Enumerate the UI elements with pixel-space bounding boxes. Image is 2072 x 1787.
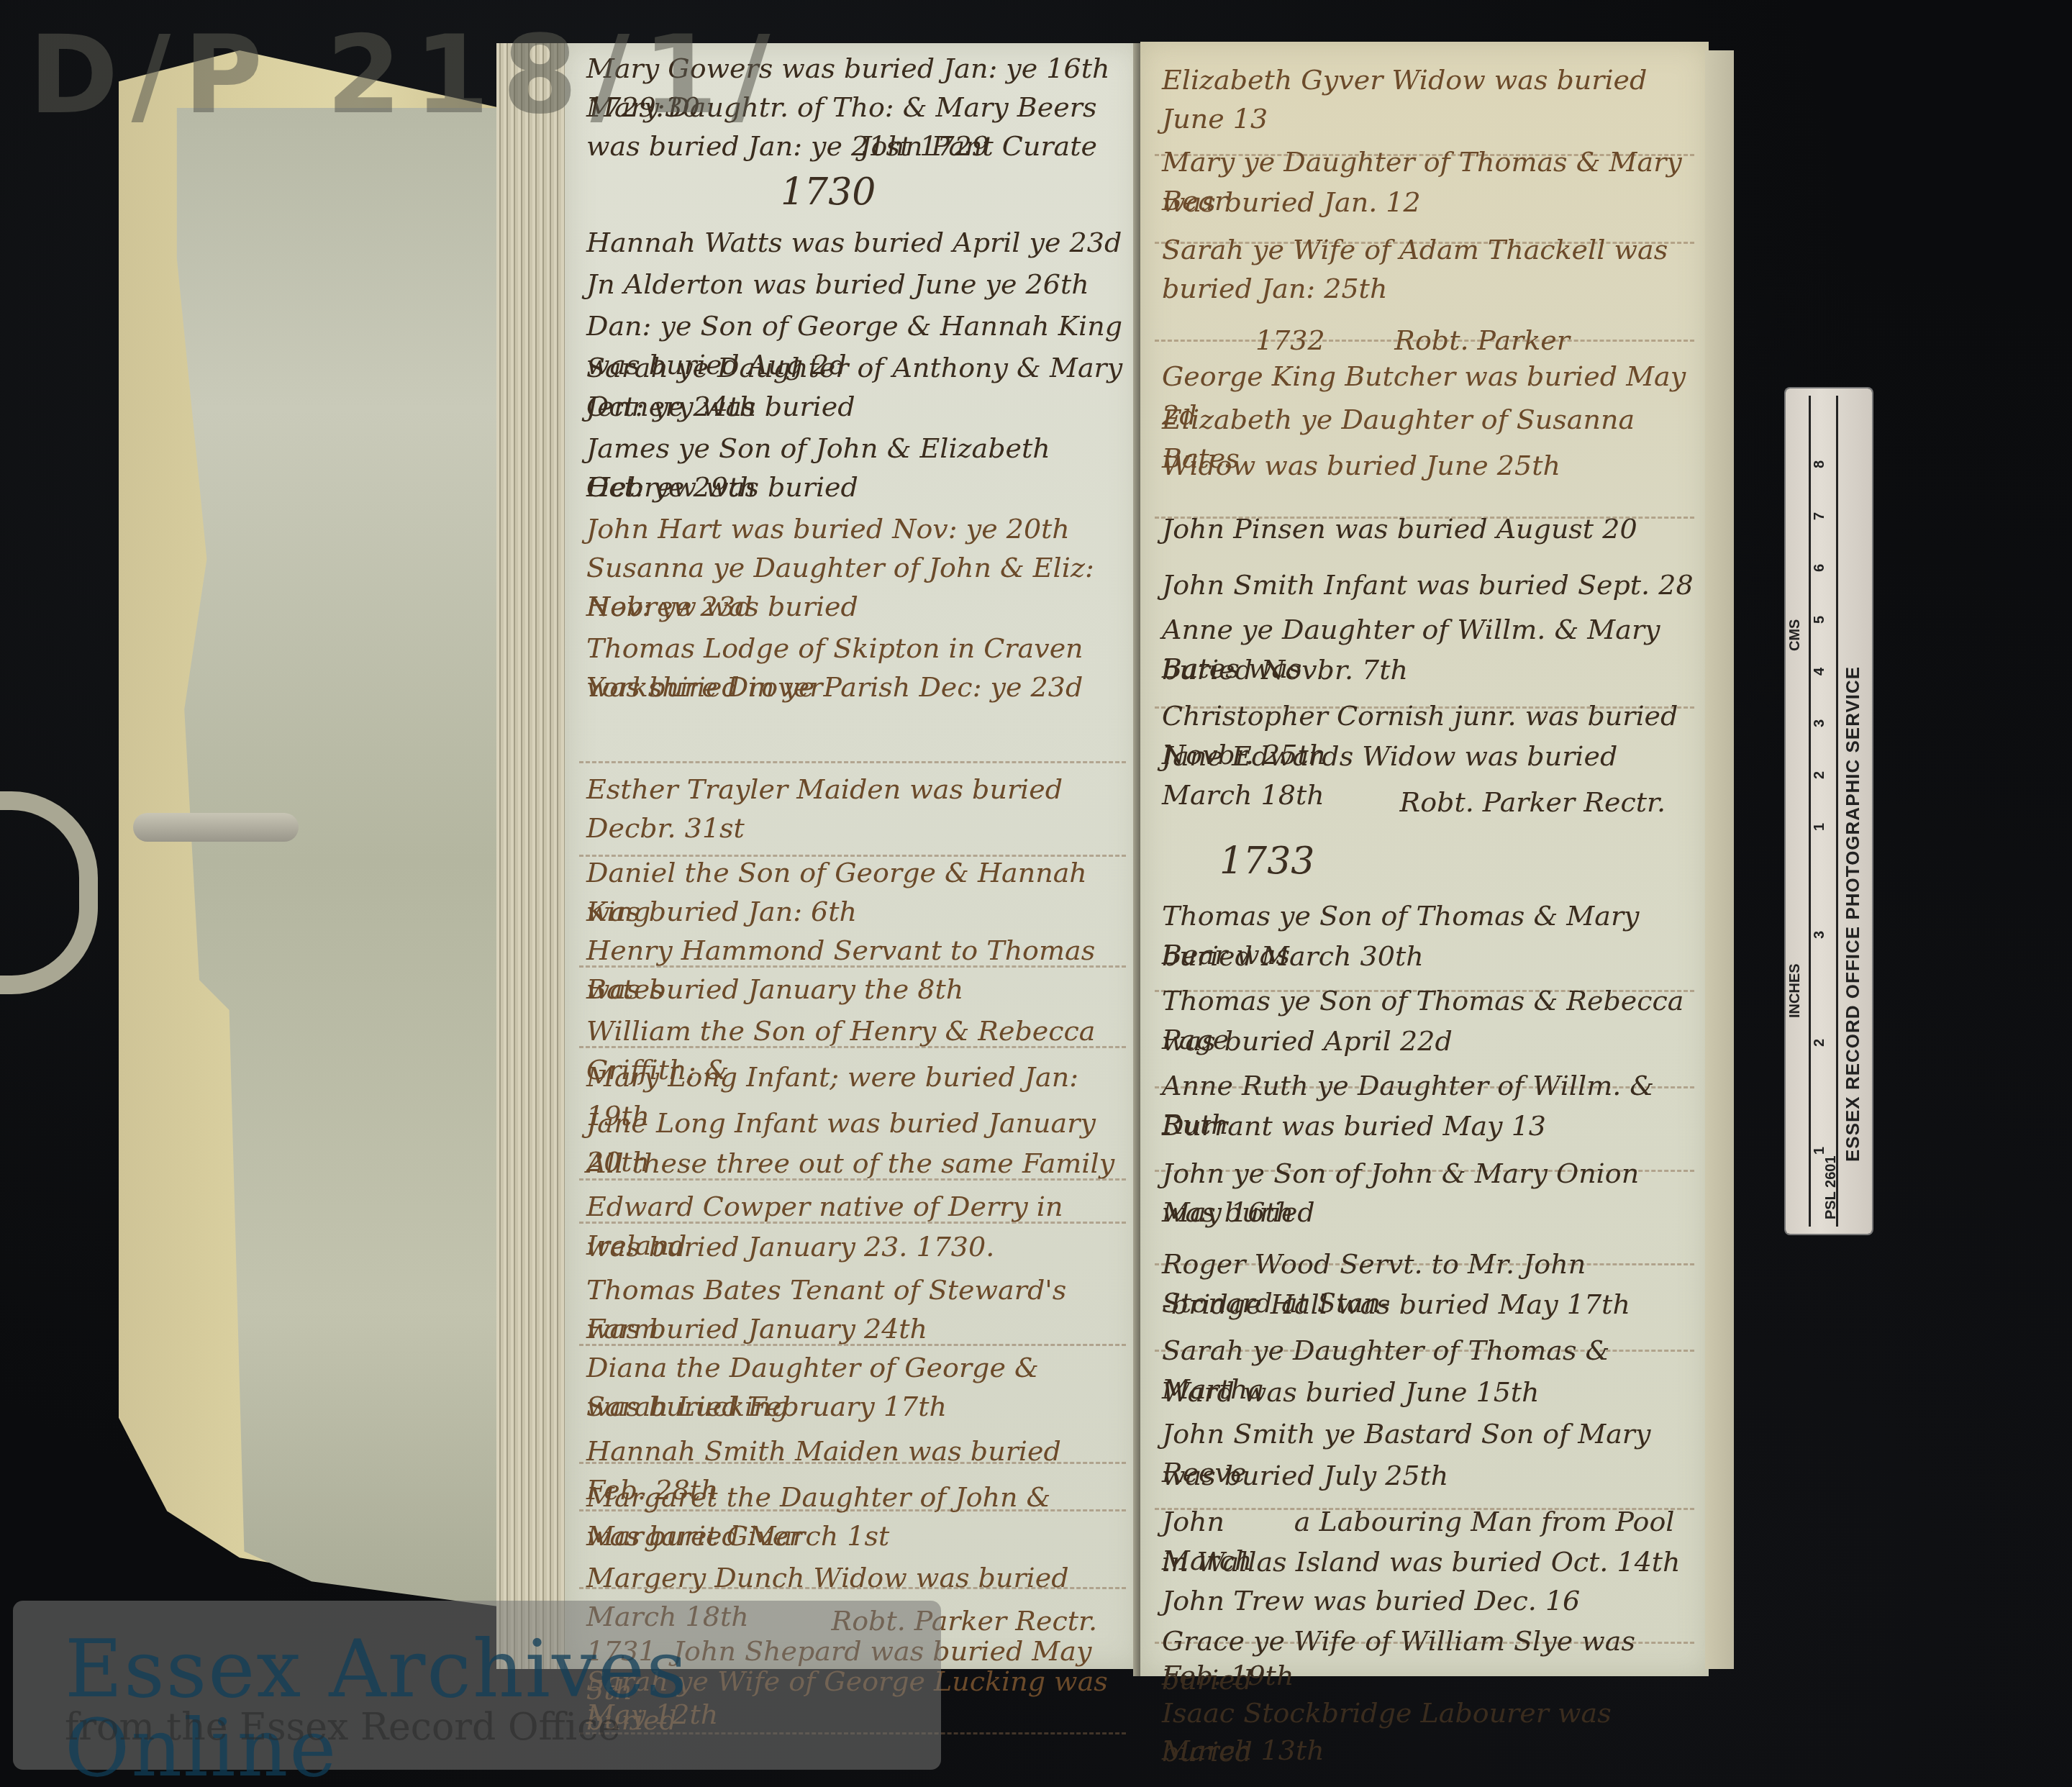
archive-watermark-overlay: Essex Archives Online from the Essex Rec…	[13, 1601, 941, 1770]
tie-string-knot	[133, 813, 299, 842]
burial-entry: buried Jan: 25th	[1162, 269, 1694, 308]
page-edges-right	[1705, 50, 1734, 1669]
photographic-scale-bar: PSL 2601 INCHES CMS ESSEX RECORD OFFICE …	[1786, 388, 1872, 1234]
burial-entry: Jn Alderton was buried June ye 26th	[586, 265, 1126, 304]
burial-entry: was buried Jan: 6th	[586, 892, 1126, 931]
cm-tick: 3	[1812, 719, 1828, 727]
cm-tick: 1	[1812, 823, 1828, 831]
inch-tick: 3	[1812, 931, 1828, 939]
burial-entry: was buried April 22d	[1162, 1022, 1694, 1060]
register-page-left: Mary Gowers was buried Jan: ye 16th 1729…	[565, 43, 1140, 1669]
cm-tick: 4	[1812, 668, 1828, 676]
burial-entry: Oct: ye 29th	[586, 468, 1126, 506]
burial-entry: 1730	[781, 173, 1126, 212]
burial-entry: was buried July 25th	[1162, 1456, 1694, 1495]
ruled-separator	[579, 761, 1126, 763]
burial-entry: Robt. Parker Rectr.	[1162, 783, 1694, 822]
burial-entry: 1733	[1219, 842, 1694, 881]
left-page-entries: Mary Gowers was buried Jan: ye 16th 1729…	[565, 43, 1140, 1669]
scale-labels: PSL 2601 INCHES CMS ESSEX RECORD OFFICE …	[1786, 388, 1872, 1234]
scale-organisation: ESSEX RECORD OFFICE PHOTOGRAPHIC SERVICE	[1842, 666, 1864, 1162]
burial-entry: John Pinsen was buried August 20	[1162, 509, 1694, 548]
burial-entry: May 16th	[1162, 1193, 1694, 1232]
inch-tick: 2	[1812, 1039, 1828, 1047]
burial-entry: Feb. 19th	[1162, 1656, 1694, 1695]
right-page-entries: Elizabeth Gyver Widow was buried June 13…	[1140, 42, 1709, 1676]
burial-entry: Nov: ye 23d	[586, 587, 1126, 626]
burial-entry: John Trew was buried Dec. 16	[1162, 1581, 1694, 1620]
burial-entry: was buried in ye Parish Dec: ye 23d	[586, 668, 1126, 706]
burial-entry: was buried January 23. 1730.	[586, 1227, 1126, 1266]
burial-entry: buried Novbr. 7th	[1162, 650, 1694, 689]
burial-entry: March 13th	[1162, 1731, 1694, 1770]
burial-entry: Widow was buried June 25th	[1162, 446, 1694, 485]
cm-tick: 8	[1812, 460, 1828, 468]
cm-tick: 7	[1812, 512, 1828, 520]
burial-entry: Sarah ye Wife of Adam Thackell was	[1162, 230, 1694, 269]
scale-inches-label: INCHES	[1787, 963, 1804, 1018]
cm-tick: 5	[1812, 616, 1828, 624]
burial-entry: Esther Trayler Maiden was buried Decbr. …	[586, 770, 1126, 847]
burial-entry: was buried Jan. 12	[1162, 183, 1694, 222]
burial-entry: 1732 Robt. Parker	[1255, 321, 1694, 360]
burial-entry: John Smith Infant was buried Sept. 28	[1162, 565, 1694, 604]
shelfmark-watermark: D/P 218/1/	[29, 22, 783, 129]
watermark-subtitle: from the Essex Record Office	[65, 1709, 620, 1746]
burial-entry: was buried January 24th	[586, 1309, 1126, 1348]
burial-entry: was buried March 1st	[586, 1517, 1126, 1555]
burial-entry: Elizabeth Gyver Widow was buried June 13	[1162, 60, 1694, 138]
burial-entry: Oct: ye 24th	[586, 387, 1126, 426]
burial-entry: -bridge Hall was buried May 17th	[1162, 1285, 1694, 1324]
cm-tick: 6	[1812, 564, 1828, 572]
burial-entry: in Wallas Island was buried Oct. 14th	[1162, 1542, 1694, 1581]
burial-entry: buried March 30th	[1162, 937, 1694, 976]
inch-tick: 1	[1812, 1147, 1828, 1155]
burial-entry: was buried February 17th	[586, 1387, 1126, 1426]
cm-tick: 2	[1812, 771, 1828, 779]
burial-entry: Ward was buried June 15th	[1162, 1373, 1694, 1411]
scale-ticks: 12312345678	[1812, 388, 1833, 1234]
page-edges-left	[496, 43, 568, 1669]
burial-entry: Hannah Watts was buried April ye 23d	[586, 223, 1126, 262]
scale-cms-label: CMS	[1787, 619, 1804, 651]
burial-entry: John Hart was buried Nov: ye 20th	[586, 509, 1126, 548]
burial-entry: All these three out of the same Family	[586, 1144, 1126, 1183]
register-page-right: Elizabeth Gyver Widow was buried June 13…	[1140, 42, 1709, 1676]
burial-entry: Durrant was buried May 13	[1162, 1106, 1694, 1145]
burial-entry: was buried January the 8th	[586, 970, 1126, 1009]
